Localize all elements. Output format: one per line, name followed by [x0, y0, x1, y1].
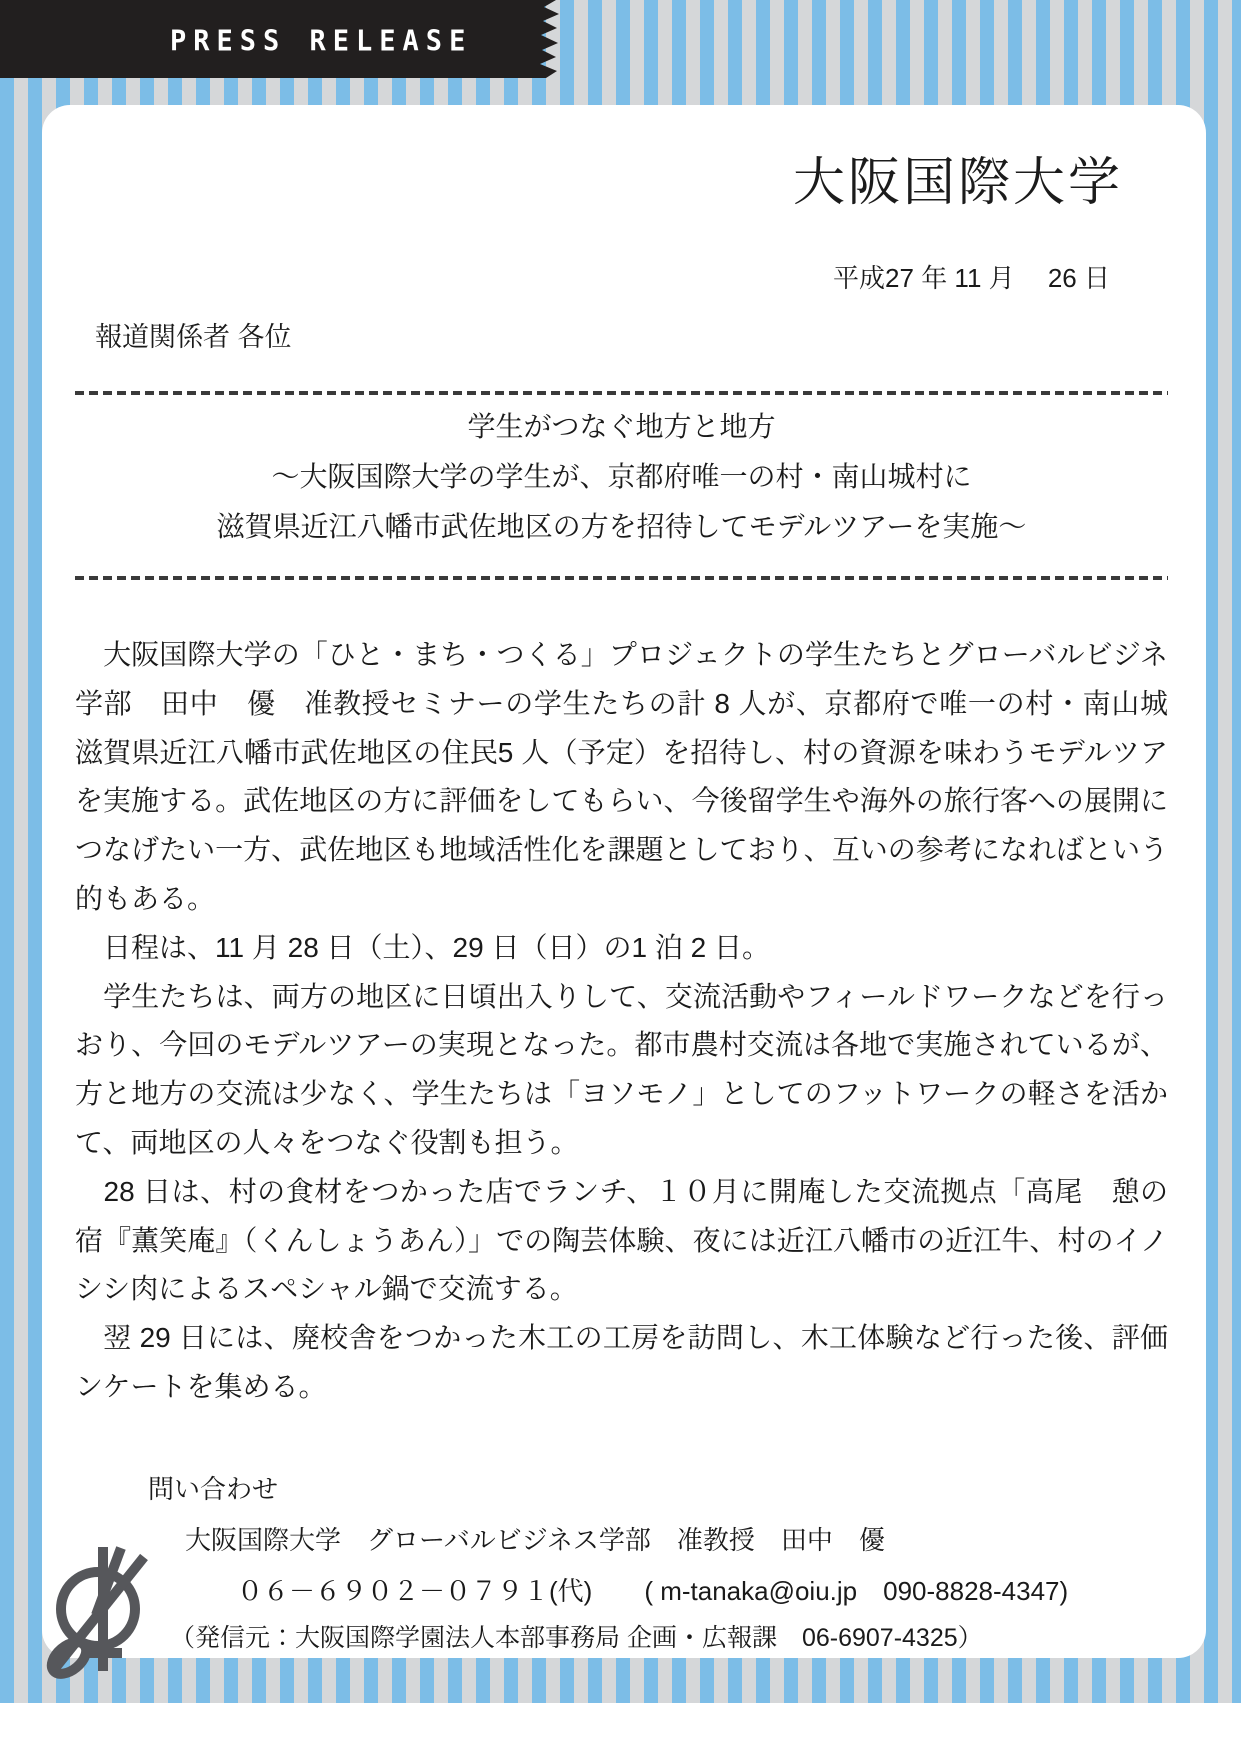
headline-line-1: 学生がつなぐ地方と地方 — [75, 402, 1168, 452]
contact-heading: 問い合わせ — [148, 1469, 278, 1506]
body-line: シシ肉によるスペシャル鍋で交流する。 — [75, 1265, 1168, 1314]
press-release-page: PRESS RELEASE 大阪国際大学 平成27 年 11 月 26 日 報道… — [0, 0, 1241, 1755]
body-line: 28 日は、村の食材をつかった店でランチ、１０月に開庵した交流拠点「高尾 憩の村 — [75, 1168, 1168, 1217]
body-line: 方と地方の交流は少なく、学生たちは「ヨソモノ」としてのフットワークの軽さを活かし — [75, 1070, 1168, 1119]
body-line: 大阪国際大学の「ひと・まち・つくる」プロジェクトの学生たちとグローバルビジネス — [75, 631, 1168, 680]
headline-line-3: 滋賀県近江八幡市武佐地区の方を招待してモデルツアーを実施～ — [75, 502, 1168, 552]
dashed-divider-bottom — [75, 576, 1168, 580]
press-release-label: PRESS RELEASE — [170, 25, 430, 58]
dashed-divider-top — [75, 391, 1168, 395]
body-line: 宿『薫笑庵』（くんしょうあん）」での陶芸体験、夜には近江八幡市の近江牛、村のイノ — [75, 1217, 1168, 1266]
headline-block: 学生がつなぐ地方と地方 ～大阪国際大学の学生が、京都府唯一の村・南山城村に 滋賀… — [75, 402, 1168, 552]
body-text: 大阪国際大学の「ひと・まち・つくる」プロジェクトの学生たちとグローバルビジネス … — [75, 631, 1168, 1412]
recipient-line: 報道関係者 各位 — [95, 315, 292, 354]
university-symbol-icon — [42, 1543, 160, 1688]
university-logotype: 大阪国際大学 — [793, 140, 1123, 215]
body-line: つなげたい一方、武佐地区も地域活性化を課題としており、互いの参考になればという目 — [75, 826, 1168, 875]
body-line: 学部 田中 優 准教授セミナーの学生たちの計 8 人が、京都府で唯一の村・南山城… — [75, 680, 1168, 729]
body-line: 学生たちは、両方の地区に日頃出入りして、交流活動やフィールドワークなどを行って — [75, 973, 1168, 1022]
body-line: 翌 29 日には、廃校舎をつかった木工の工房を訪問し、木工体験など行った後、評価… — [75, 1314, 1168, 1363]
body-line: 的もある。 — [75, 875, 1168, 924]
contact-person-line: 大阪国際大学 グローバルビジネス学部 准教授 田中 優 — [185, 1520, 885, 1557]
press-release-banner: PRESS RELEASE — [0, 0, 562, 78]
contact-source-line: （発信元：大阪国際学園法人本部事務局 企画・広報課 06-6907-4325） — [170, 1618, 983, 1654]
contact-phone-line: ０６－６９０２－０７９１(代) ( m-tanaka@oiu.jp 090-88… — [237, 1571, 1068, 1608]
body-line: ンケートを集める。 — [75, 1363, 1168, 1412]
body-line: 滋賀県近江八幡市武佐地区の住民5 人（予定）を招待し、村の資源を味わうモデルツア… — [75, 729, 1168, 778]
body-line: おり、今回のモデルツアーの実現となった。都市農村交流は各地で実施されているが、地 — [75, 1021, 1168, 1070]
headline-line-2: ～大阪国際大学の学生が、京都府唯一の村・南山城村に — [75, 452, 1168, 502]
body-line: 日程は、11 月 28 日（土）、29 日（日）の1 泊 2 日。 — [75, 924, 1168, 973]
date-line: 平成27 年 11 月 26 日 — [833, 258, 1110, 295]
body-line: を実施する。武佐地区の方に評価をしてもらい、今後留学生や海外の旅行客への展開にも — [75, 777, 1168, 826]
body-line: て、両地区の人々をつなぐ役割も担う。 — [75, 1119, 1168, 1168]
